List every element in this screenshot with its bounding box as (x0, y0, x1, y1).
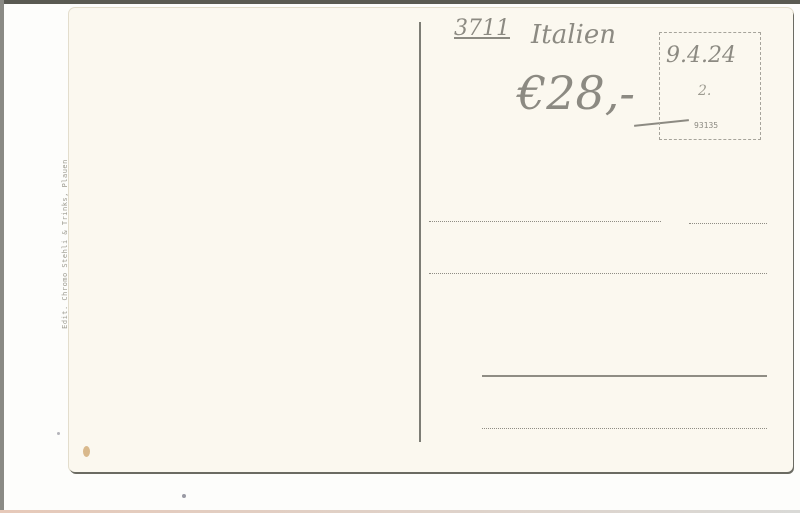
handwritten-code: 3711 (454, 16, 510, 41)
stamp-mark: 2. (698, 83, 711, 99)
address-line-4 (482, 428, 767, 429)
address-line-1b (689, 223, 767, 224)
center-divider (419, 22, 421, 442)
dust-speck (57, 432, 60, 435)
scan-edge-top (0, 0, 800, 4)
scan-edge-left (0, 0, 4, 513)
handwritten-country: Italien (531, 20, 616, 50)
address-line-3 (482, 375, 767, 377)
stamp-box: 9.4.24 2. 93135 (659, 32, 761, 140)
postcard-back: Edit. Chromo Stehli & Trinks, Plauen 371… (69, 8, 793, 472)
stamp-date: 9.4.24 (666, 43, 736, 68)
address-line-1a (429, 221, 661, 222)
dust-speck (182, 494, 186, 498)
address-line-2 (429, 273, 767, 274)
handwritten-price: €28,- (517, 66, 635, 120)
stain-spot (83, 446, 90, 457)
stamp-number: 93135 (694, 121, 718, 130)
